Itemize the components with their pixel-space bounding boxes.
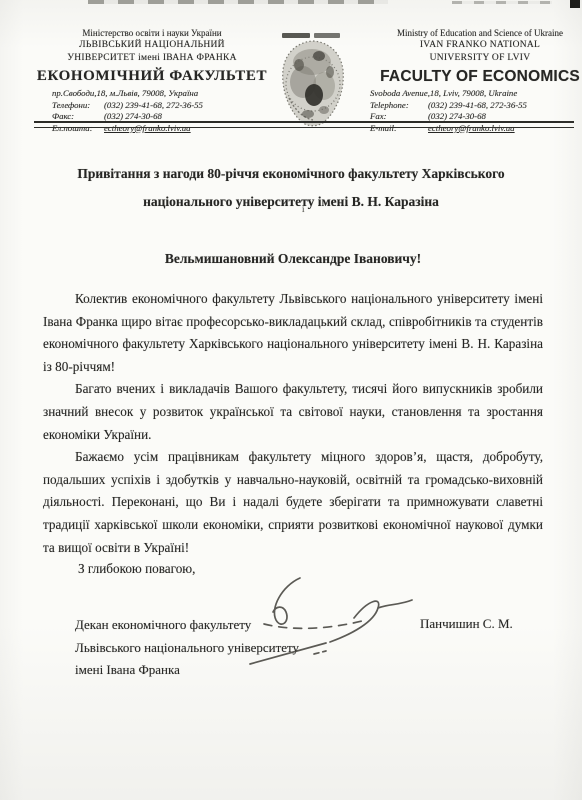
scan-smudge-artifact [452,1,552,4]
phone-value-en: (032) 239-41-68, 272-36-55 [428,100,527,112]
university-name-uk-line1: ЛЬВІВСЬКИЙ НАЦІОНАЛЬНИЙ [36,39,268,52]
letterhead-divider-rule [34,121,574,128]
scan-corner-mark [570,0,580,8]
ministry-line-uk: Міністерство освіти і науки України [36,27,268,39]
letter-title: Привітання з нагоди 80-річчя економічног… [58,160,524,216]
address-uk: пр.Свободи,18, м.Львів, 79008, Україна [52,88,268,100]
university-name-uk-line2: УНІВЕРСИТЕТ імені ІВАНА ФРАНКА [36,52,268,65]
university-name-en-line1: IVAN FRANKO NATIONAL [358,39,582,52]
salutation-line: Вельмишановний Олександре Івановичу! [43,251,543,267]
scanned-letter-page: Міністерство освіти і науки України ЛЬВІ… [0,0,582,800]
letter-body: Колектив економічного факультету Львівсь… [43,288,543,559]
paragraph-1: Колектив економічного факультету Львівсь… [43,288,543,378]
closing-line: З глибокою повагою, [78,561,195,577]
phone-row-uk: Телефони: (032) 239-41-68, 272-36-55 [52,100,268,112]
letterhead-ukrainian-block: Міністерство освіти і науки України ЛЬВІ… [36,27,268,134]
letterhead: Міністерство освіти і науки України ЛЬВІ… [36,27,570,134]
signer-name: Панчишин С. М. [420,616,513,632]
faculty-name-en: FACULTY OF ECONOMICS [358,67,582,86]
paragraph-2: Багато вчених і викладачів Вашого факуль… [43,378,543,446]
address-en: Svoboda Avenue,18, Lviv, 79008, Ukraine [370,88,582,100]
university-name-en-line2: UNIVERSITY OF LVIV [358,52,582,65]
phone-value-uk: (032) 239-41-68, 272-36-55 [104,100,203,112]
scan-stray-mark: і [302,204,305,214]
phone-label-en: Telephone: [370,100,428,112]
university-crest-emblem-icon [268,27,358,132]
phone-label-uk: Телефони: [52,100,104,112]
phone-row-en: Telephone: (032) 239-41-68, 272-36-55 [370,100,582,112]
ministry-line-en: Ministry of Education and Science of Ukr… [358,27,582,39]
letterhead-english-block: Ministry of Education and Science of Ukr… [358,27,582,134]
faculty-name-uk: ЕКОНОМІЧНИЙ ФАКУЛЬТЕТ [36,67,268,86]
scan-smudge-artifact [88,0,388,4]
paragraph-3: Бажаємо усім працівникам факультету міцн… [43,446,543,559]
handwritten-signature [226,572,426,672]
